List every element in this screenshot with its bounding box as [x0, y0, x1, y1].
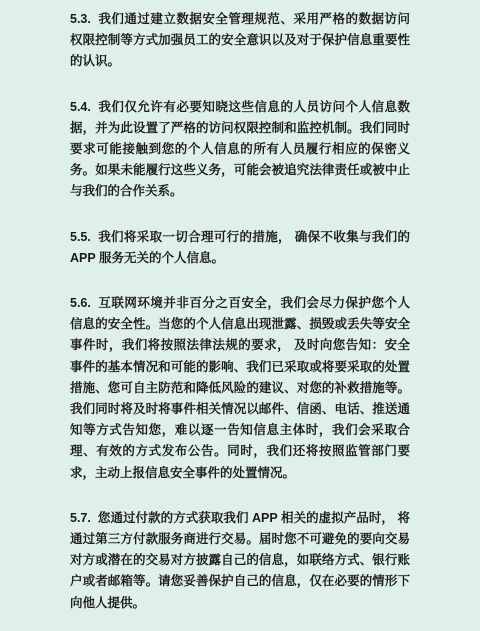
paragraph-number: 5.6. — [70, 296, 91, 310]
paragraph-number: 5.5. — [70, 230, 91, 244]
paragraph-text: 我们仅允许有必要知晓这些信息的人员访问个人信息数据，并为此设置了严格的访问权限控… — [70, 100, 410, 199]
paragraph-text: 您通过付款的方式获取我们 APP 相关的虚拟产品时， 将通过第三方付款服务商进行… — [70, 511, 410, 610]
policy-paragraph-5-5: 5.5.我们将采取一切合理可行的措施， 确保不收集与我们的 APP 服务无关的个… — [70, 227, 410, 269]
privacy-policy-page: { "page": { "background_color": "#def0e7… — [0, 0, 480, 631]
policy-paragraph-5-7: 5.7.您通过付款的方式获取我们 APP 相关的虚拟产品时， 将通过第三方付款服… — [70, 508, 410, 614]
paragraph-number: 5.7. — [70, 511, 91, 525]
paragraph-number: 5.3. — [70, 12, 91, 26]
policy-paragraph-5-4: 5.4.我们仅允许有必要知晓这些信息的人员访问个人信息数据，并为此设置了严格的访… — [70, 97, 410, 203]
policy-document: 5.3.我们通过建立数据安全管理规范、采用严格的数据访问权限控制等方式加强员工的… — [0, 0, 480, 631]
policy-paragraph-5-3: 5.3.我们通过建立数据安全管理规范、采用严格的数据访问权限控制等方式加强员工的… — [70, 9, 410, 73]
paragraph-number: 5.4. — [70, 100, 91, 114]
paragraph-text: 我们通过建立数据安全管理规范、采用严格的数据访问权限控制等方式加强员工的安全意识… — [70, 12, 410, 68]
paragraph-text: 我们将采取一切合理可行的措施， 确保不收集与我们的 APP 服务无关的个人信息。 — [70, 230, 410, 265]
paragraph-text: 互联网环境并非百分之百安全，我们会尽力保护您个人信息的安全性。当您的个人信息出现… — [70, 296, 410, 480]
policy-paragraph-5-6: 5.6.互联网环境并非百分之百安全，我们会尽力保护您个人信息的安全性。当您的个人… — [70, 293, 410, 484]
